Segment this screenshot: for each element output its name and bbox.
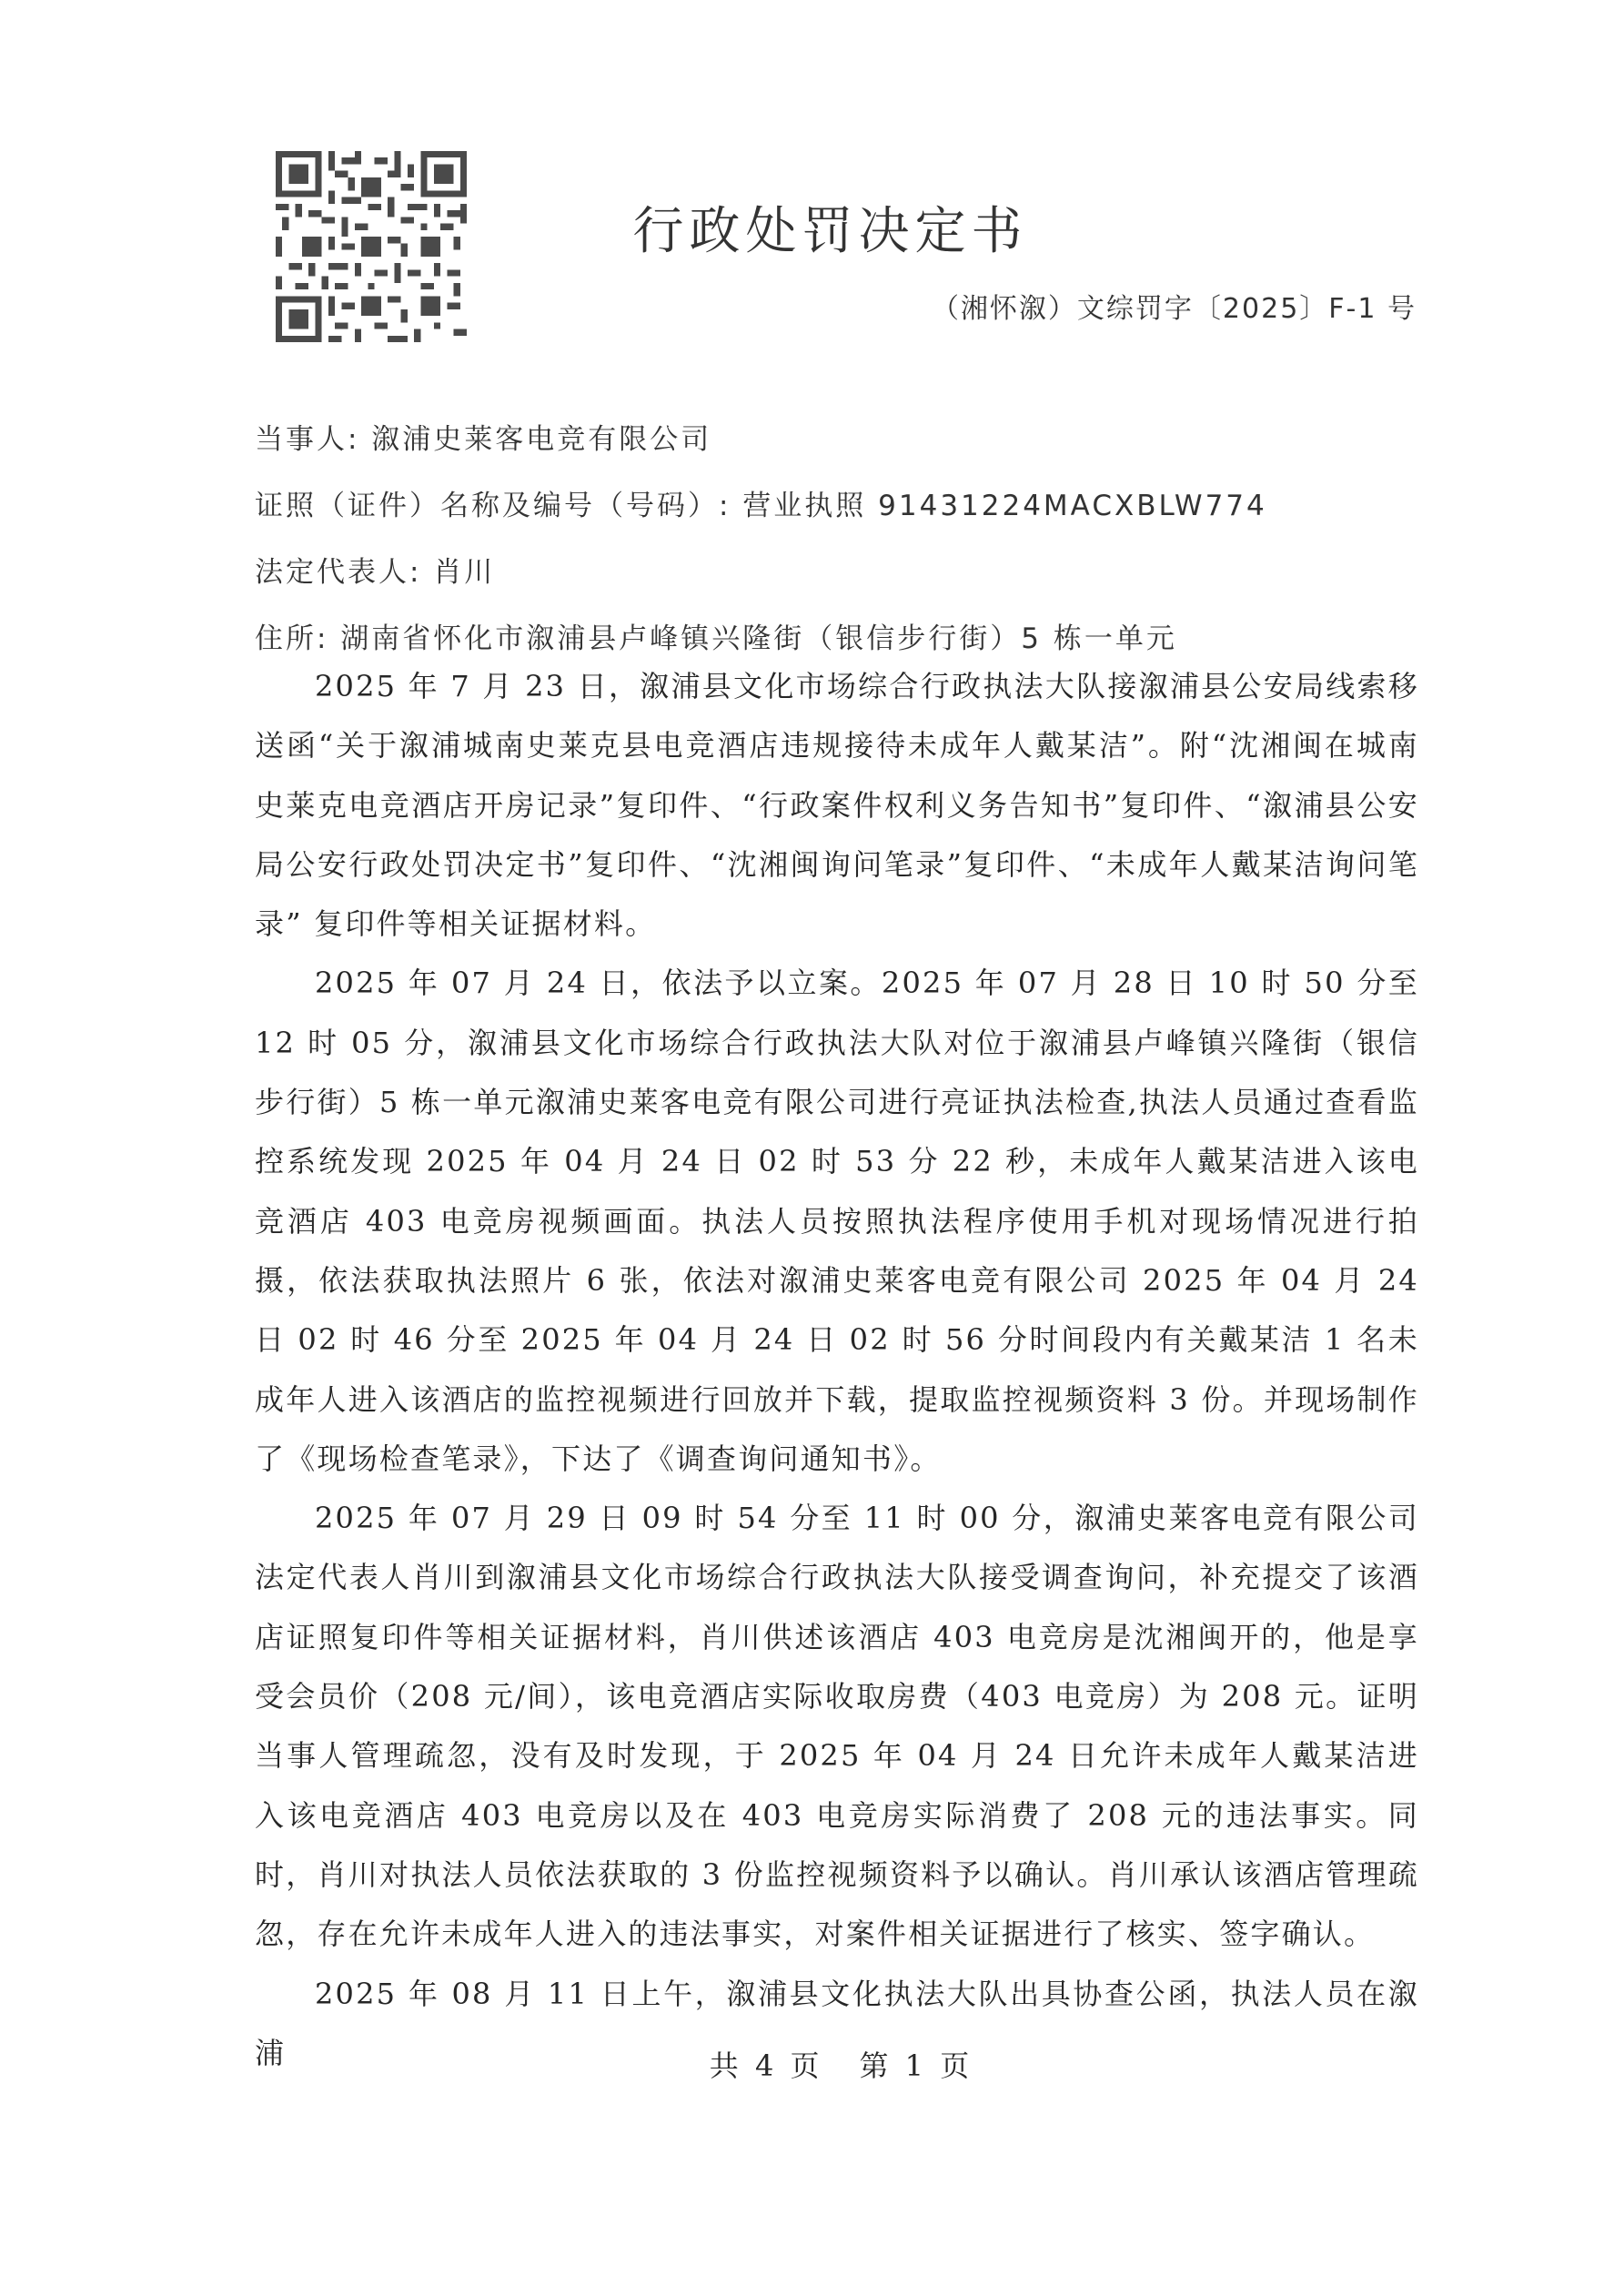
total-pages: 共 4 页 [710,2048,820,2083]
document-number: （湘怀溆）文综罚字〔2025〕F-1 号 [932,289,1417,329]
document-page: 行政处罚决定书 （湘怀溆）文综罚字〔2025〕F-1 号 当事人: 溆浦史莱客电… [0,0,1624,2296]
document-title: 行政处罚决定书 [0,196,1624,268]
paragraph-inspection: 2025 年 07 月 24 日，依法予以立案。2025 年 07 月 28 日… [255,954,1419,1489]
license-number: 证照（证件）名称及编号（号码）: 营业执照 91431224MACXBLW774 [255,473,1428,540]
document-body: 2025 年 7 月 23 日，溆浦县文化市场综合行政执法大队接溆浦县公安局线索… [255,657,1419,2083]
party-info: 当事人: 溆浦史莱客电竞有限公司 证照（证件）名称及编号（号码）: 营业执照 9… [255,407,1428,673]
paragraph-case-referral: 2025 年 7 月 23 日，溆浦县文化市场综合行政执法大队接溆浦县公安局线索… [255,657,1419,954]
paragraph-inquiry: 2025 年 07 月 29 日 09 时 54 分至 11 时 00 分，溆浦… [255,1489,1419,1964]
party-name: 当事人: 溆浦史莱客电竞有限公司 [255,407,1428,473]
page-footer: 共 4 页第 1 页 [0,2040,1624,2091]
current-page: 第 1 页 [860,2048,970,2083]
legal-representative: 法定代表人: 肖川 [255,540,1428,606]
